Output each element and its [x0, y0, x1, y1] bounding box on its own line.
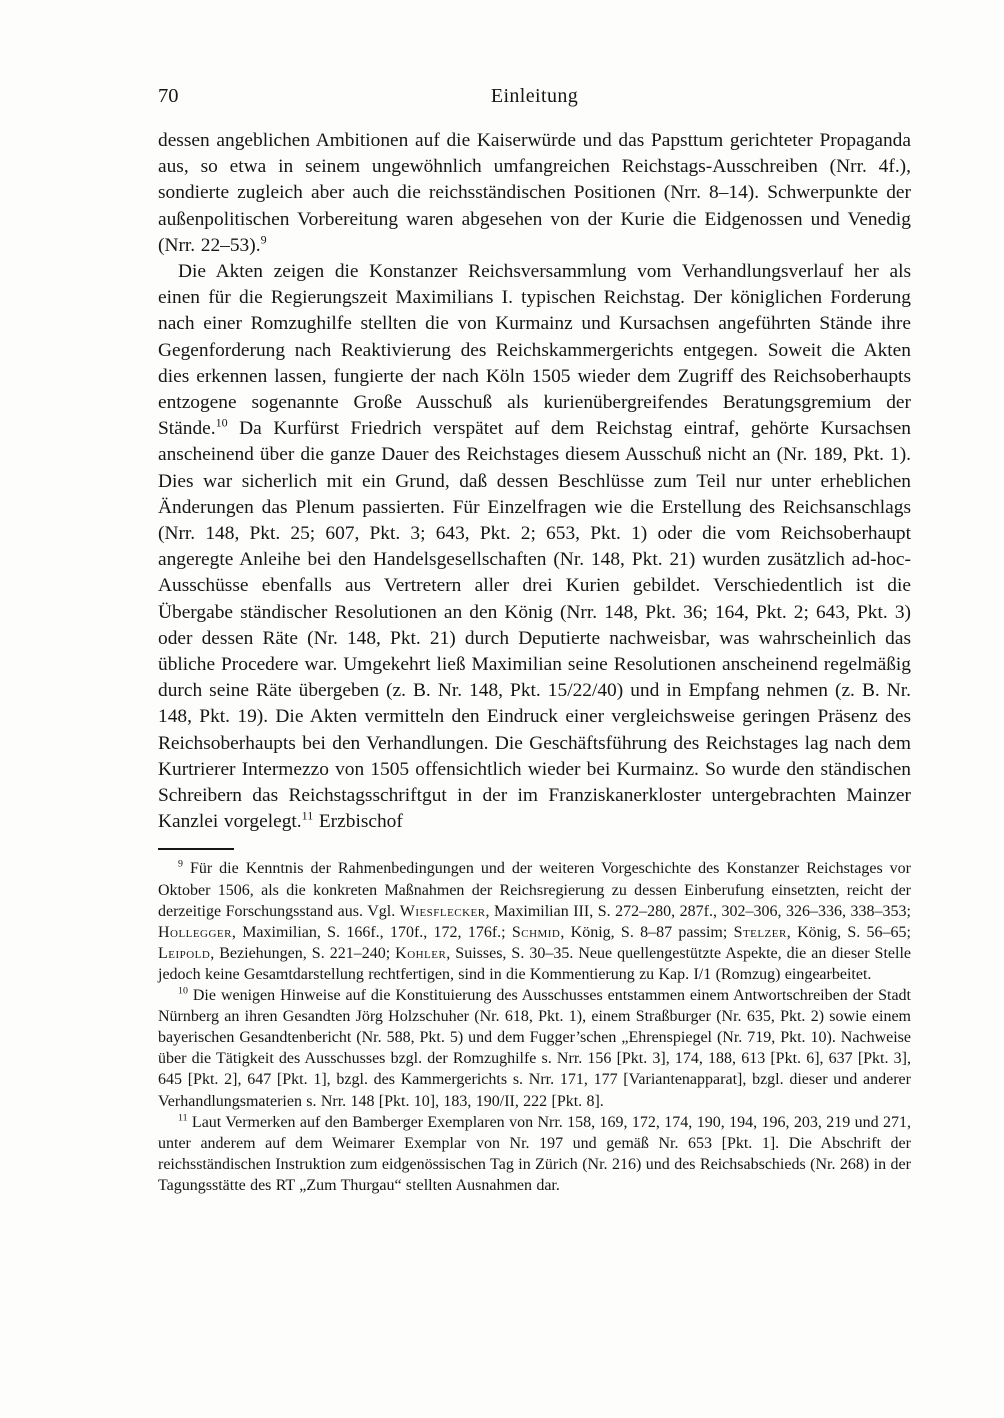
paragraph-continuation: dessen angeblichen Ambitionen auf die Ka… [158, 128, 911, 259]
footnote-ref: 11 [302, 809, 314, 823]
text-run: Da Kurfürst Friedrich verspätet auf dem … [158, 418, 911, 832]
text-run: Laut Vermerken auf den Bamberger Exempla… [158, 1114, 911, 1194]
running-title: Einleitung [158, 84, 911, 108]
footnote-10: 10 Die wenigen Hinweise auf die Konstitu… [158, 985, 911, 1112]
book-page: 70 Einleitung dessen angeblichen Ambitio… [0, 0, 1004, 1418]
author-smallcaps: Kohler [395, 945, 446, 962]
text-run: , König, S. 56–65; [787, 924, 911, 941]
footnote-9: 9 Für die Kenntnis der Rahmenbedingungen… [158, 858, 911, 985]
footnote-ref: 10 [178, 986, 188, 997]
main-text: dessen angeblichen Ambitionen auf die Ka… [158, 128, 911, 835]
text-run: dessen angeblichen Ambitionen auf die Ka… [158, 130, 911, 256]
footnote-ref: 11 [178, 1112, 188, 1123]
author-smallcaps: Schmid [512, 924, 560, 941]
author-smallcaps: Wiesflecker [400, 903, 486, 920]
page-number: 70 [158, 84, 179, 108]
footnotes-section: 9 Für die Kenntnis der Rahmenbedingungen… [158, 858, 911, 1196]
author-smallcaps: Stelzer [734, 924, 787, 941]
footnote-separator-rule [158, 848, 234, 850]
footnote-11: 11 Laut Vermerken auf den Bamberger Exem… [158, 1112, 911, 1196]
text-run: , Maximilian, S. 166f., 170f., 172, 176f… [232, 924, 512, 941]
text-run: , Beziehungen, S. 221–240; [210, 945, 395, 962]
paragraph-akten: Die Akten zeigen die Konstanzer Reichsve… [158, 259, 911, 835]
text-run: Die wenigen Hinweise auf die Konstituier… [158, 987, 911, 1109]
text-run: Die Akten zeigen die Konstanzer Reichsve… [158, 261, 911, 439]
page-header: 70 Einleitung [158, 84, 911, 108]
footnote-ref: 9 [261, 232, 267, 246]
text-run: , Maximilian III, S. 272–280, 287f., 302… [486, 903, 911, 920]
text-run: Erzbischof [313, 811, 403, 832]
footnote-ref: 10 [216, 416, 228, 430]
author-smallcaps: Leipold [158, 945, 210, 962]
author-smallcaps: Hollegger [158, 924, 232, 941]
text-run: , König, S. 8–87 passim; [560, 924, 733, 941]
